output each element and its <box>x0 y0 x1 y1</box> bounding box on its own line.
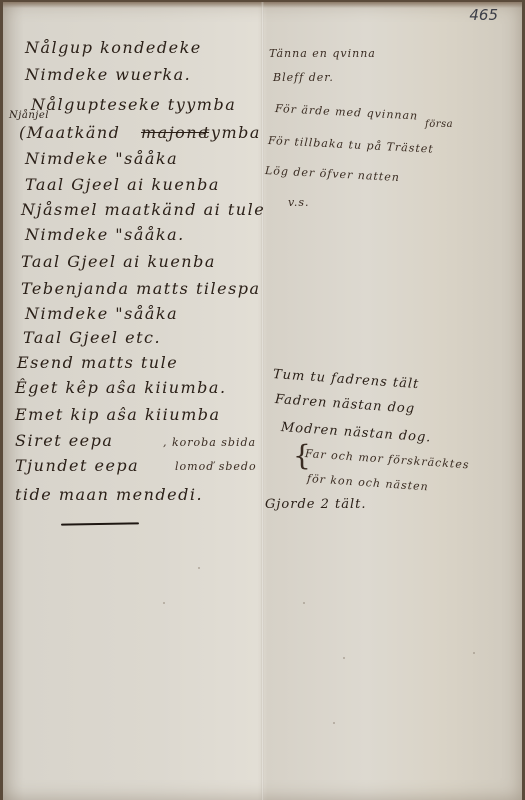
handwritten-line: Tjundet eepa <box>15 456 139 475</box>
handwritten-line: Emet kip aŝa kiiumba <box>15 405 221 424</box>
handwritten-line: Njånjel <box>9 110 49 121</box>
handwritten-line: Taal Gjeel etc. <box>23 328 161 347</box>
underline-stroke <box>61 522 139 525</box>
handwritten-line: tide maan mendedi. <box>15 485 203 504</box>
page-fold <box>261 2 264 800</box>
manuscript-page: 465 Nålgup kondedekeNimdeke wuerka.Nålgu… <box>3 2 522 800</box>
handwritten-line: (Maatkänd <box>19 123 120 142</box>
handwritten-line: Far och mor förskräcktes <box>305 447 470 471</box>
handwritten-line: tymba <box>203 123 261 142</box>
handwritten-line: v.s. <box>288 196 310 209</box>
handwritten-line: försa <box>425 119 453 130</box>
handwritten-line: Esend matts tule <box>17 353 178 372</box>
paper-speck <box>163 602 165 604</box>
paper-speck <box>303 602 305 604</box>
handwritten-line: lomoď sbedo <box>175 460 257 473</box>
handwritten-line: Nimdeke wuerka. <box>25 65 191 84</box>
page-number: 465 <box>469 6 498 24</box>
paper-speck <box>198 567 200 569</box>
handwritten-line: Nimdeke "sååka. <box>25 225 185 244</box>
handwritten-line: Êget kêp aŝa kiiumba. <box>15 378 227 397</box>
handwritten-line: Nålgupteseke tyymba <box>31 95 236 114</box>
handwritten-line: Njåsmel maatkänd ai tule <box>21 200 265 219</box>
paper-speck <box>343 657 345 659</box>
handwritten-line: För tillbaka tu på Trästet <box>268 134 434 156</box>
handwritten-line: Lög der öfver natten <box>265 164 401 184</box>
handwritten-line: Fadren nästan dog <box>274 392 415 417</box>
handwritten-line: Tänna en qvinna <box>269 47 376 60</box>
handwritten-line: Taal Gjeel ai kuenba <box>25 175 220 194</box>
handwritten-line: Nålgup kondedeke <box>25 38 202 57</box>
handwritten-line: för kon och nästen <box>307 472 430 493</box>
paper-speck <box>473 652 475 654</box>
handwritten-line: Tum tu fadrens tält <box>272 367 419 392</box>
handwritten-line: , koroba sbida <box>163 436 256 449</box>
handwritten-line: Bleff der. <box>273 71 334 84</box>
handwritten-line: Tebenjanda matts tilespa <box>21 279 261 298</box>
handwritten-line: För ärde med qvinnan <box>275 102 419 122</box>
handwritten-line: Taal Gjeel ai kuenba <box>21 252 216 271</box>
paper-speck <box>333 722 335 724</box>
handwritten-line: Nimdeke "sååka <box>25 149 178 168</box>
handwritten-line: Gjorde 2 tält. <box>265 497 367 512</box>
handwritten-line: Siret eepa <box>15 431 113 450</box>
brace-mark: { <box>293 442 311 470</box>
handwritten-line: Nimdeke "sååka <box>25 304 178 323</box>
handwritten-line: majone <box>141 123 209 142</box>
